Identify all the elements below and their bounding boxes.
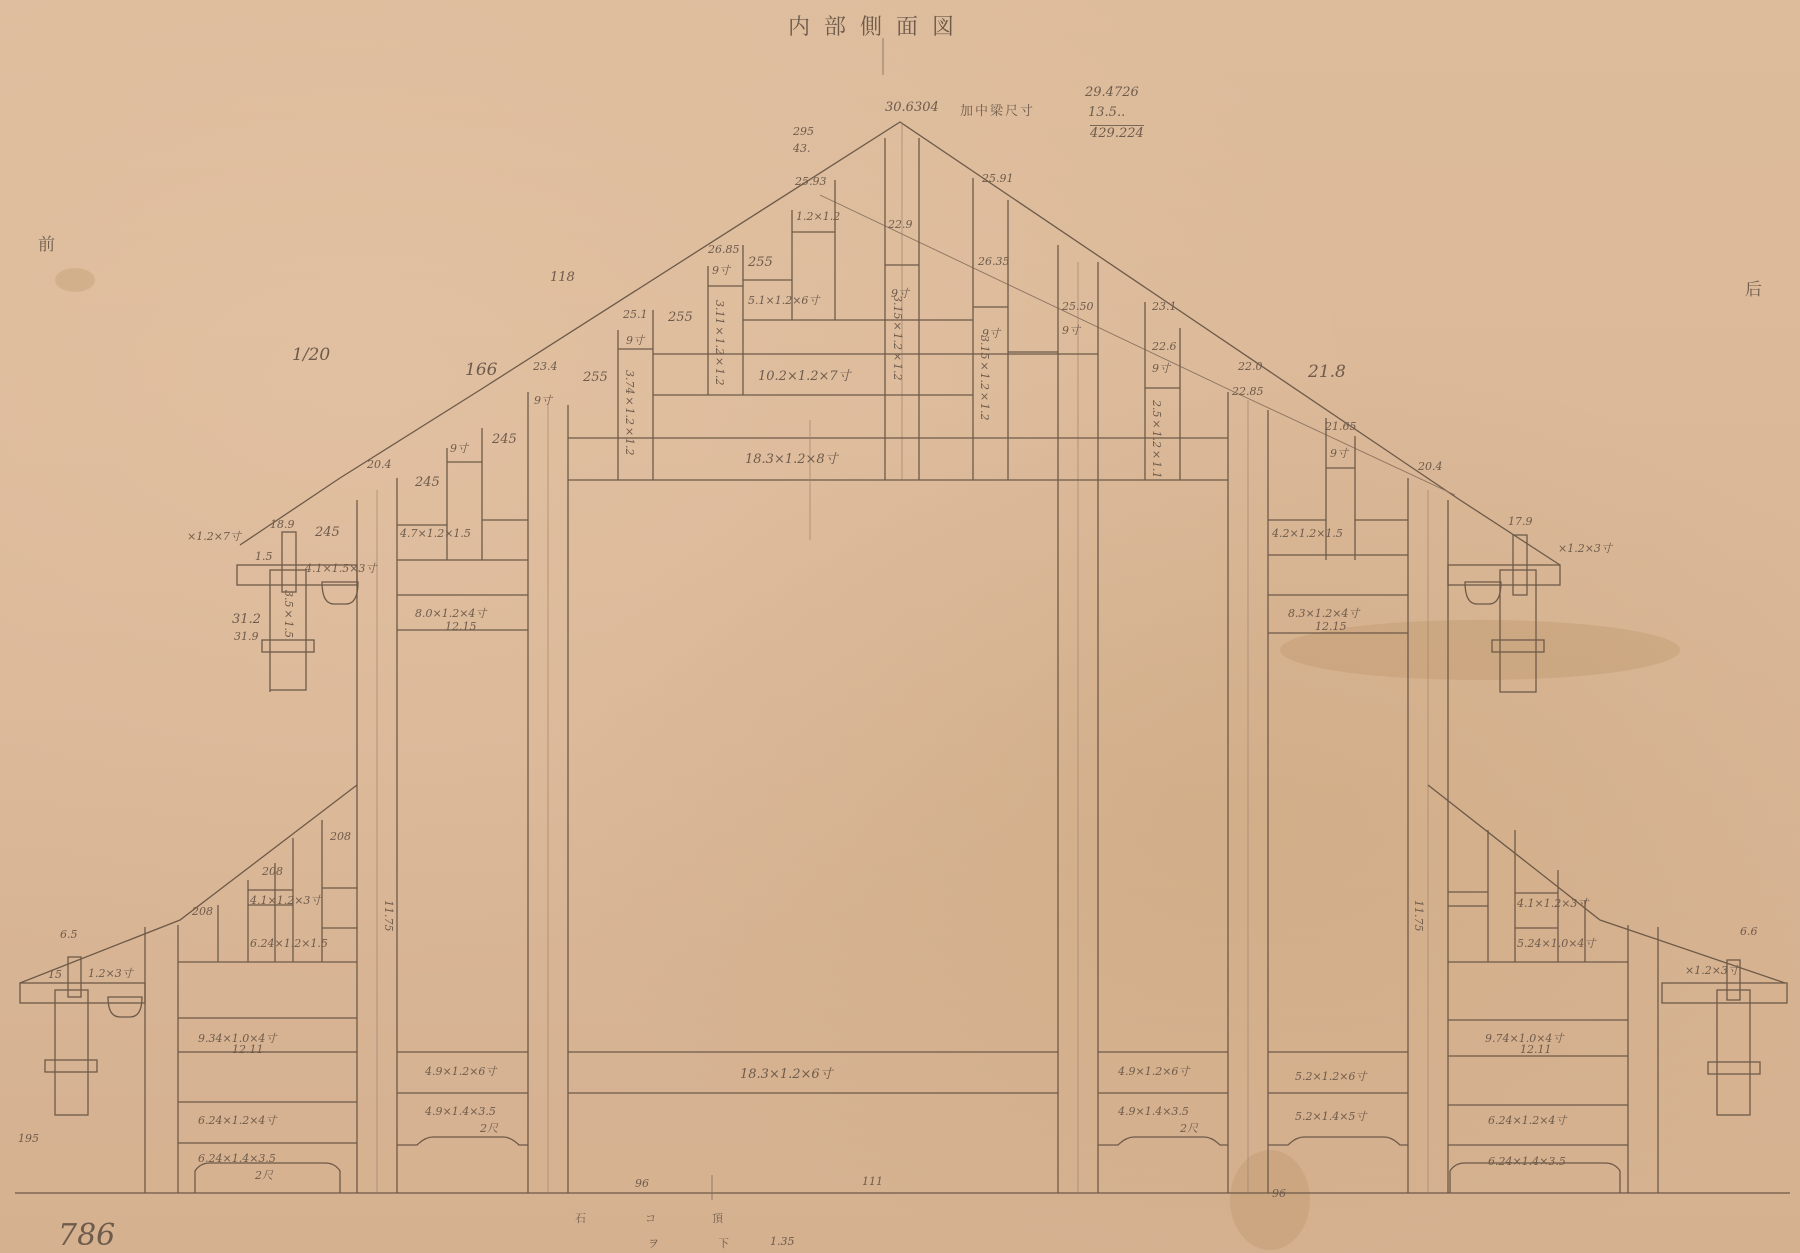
drawing-sheet: .lbl{position:absolute;color:#6e5b4b;fon… bbox=[0, 0, 1800, 1253]
right-mid-beam-dim: 4.2×1.2×1.5 bbox=[1272, 527, 1343, 540]
top-tie-dim: 1.2×1.2 bbox=[796, 210, 840, 223]
ridge-post-dim: 3.15×1.2×1.2 bbox=[891, 295, 904, 380]
footer-dim-right: 96 bbox=[1272, 1187, 1286, 1200]
right-elev-9: 20.4 bbox=[1418, 460, 1443, 473]
ll-eave-note: 1.2×3寸 bbox=[88, 965, 133, 981]
lr-elev-top: 6.6 bbox=[1740, 925, 1758, 938]
ll-beam-5: 6.24×1.4×3.5 bbox=[198, 1152, 276, 1165]
ll-spacing-1: 208 bbox=[262, 865, 283, 878]
footer-note-4: ヲ bbox=[648, 1235, 659, 1251]
ll-beam-4: 6.24×1.2×4寸 bbox=[198, 1112, 276, 1128]
left-slope-label-2: 166 bbox=[465, 360, 497, 380]
lr-beam-5: 6.24×1.4×3.5 bbox=[1488, 1155, 1566, 1168]
right-elev-10: 17.9 bbox=[1508, 515, 1533, 528]
eave-bracket-dim: 4.1×1.5×3寸 bbox=[305, 560, 376, 576]
right-elev-5: 22.6 bbox=[1152, 340, 1177, 353]
right-bay-tie-2: 4.9×1.4×3.5 bbox=[1118, 1105, 1189, 1118]
right-post-top-2: 9寸 bbox=[1062, 322, 1080, 338]
footer-dim-center: 111 bbox=[862, 1175, 883, 1188]
lr-eave-note: ×1.2×3寸 bbox=[1685, 962, 1739, 978]
footer-note-6: 1.35 bbox=[770, 1235, 795, 1248]
ll-column-height: 11.75 bbox=[382, 900, 395, 932]
right-elev-2: 22.9 bbox=[888, 218, 913, 231]
ll-eave-dim: 15 bbox=[48, 968, 62, 981]
lower-left-annex bbox=[20, 785, 357, 1193]
left-bay-tie-1: 4.9×1.2×6寸 bbox=[425, 1063, 496, 1079]
right-elev-1: 26.35 bbox=[978, 255, 1010, 268]
ridge-height: 30.6304 bbox=[885, 100, 939, 115]
right-elev-8: 21.65 bbox=[1325, 420, 1357, 433]
left-spacing-1: 255 bbox=[668, 310, 693, 325]
rear-label: 后 bbox=[1745, 275, 1776, 300]
ridge-left-note-1: 295 bbox=[793, 125, 814, 138]
footer-note-5: 下 bbox=[718, 1235, 729, 1251]
left-post-2-dim: 3.74×1.2×1.2 bbox=[623, 370, 636, 455]
left-side-height-1: 31.2 bbox=[232, 612, 261, 627]
calc-line-2: 13.5.. bbox=[1088, 105, 1125, 120]
left-elev-5: 18.9 bbox=[270, 518, 295, 531]
right-post-1-dim: 3.15×1.2×1.2 bbox=[978, 335, 991, 420]
right-eave-note: ×1.2×3寸 bbox=[1558, 540, 1612, 556]
left-side-height-2: 31.9 bbox=[234, 630, 259, 643]
left-elev-4: 20.4 bbox=[367, 458, 392, 471]
right-post-2-dim: 2.5×1.2×1.1 bbox=[1150, 400, 1163, 478]
lr-beam-4: 6.24×1.2×4寸 bbox=[1488, 1112, 1566, 1128]
left-lower-beam-note: 12.15 bbox=[445, 620, 477, 633]
main-columns bbox=[357, 245, 1448, 1193]
left-post-top-0: 9寸 bbox=[712, 262, 730, 278]
left-post-top-2: 9寸 bbox=[534, 392, 552, 408]
lr-column-height: 11.75 bbox=[1412, 900, 1425, 932]
left-elev-3: 23.4 bbox=[533, 360, 558, 373]
calc-line-1: 29.4726 bbox=[1085, 85, 1139, 100]
left-lower-beam-dim: 8.0×1.2×4寸 bbox=[415, 605, 486, 621]
left-eave-note: ×1.2×7寸 bbox=[187, 528, 241, 544]
right-post-top-3: 9寸 bbox=[1152, 360, 1170, 376]
section-drawing bbox=[0, 0, 1800, 1253]
left-slope-label: 118 bbox=[550, 270, 575, 285]
bottom-ties bbox=[397, 1052, 1408, 1145]
sheet-number: 786 bbox=[58, 1218, 115, 1253]
ll-beam-5-note: 2尺 bbox=[255, 1167, 273, 1183]
left-short-beam-dim: 5.1×1.2×6寸 bbox=[748, 292, 819, 308]
left-elev-2: 25.1 bbox=[623, 308, 648, 321]
lr-beam-1: 4.1×1.2×3寸 bbox=[1517, 895, 1588, 911]
lr-beam-2: 5.24×1.0×4寸 bbox=[1517, 935, 1595, 951]
lr-beam-3-note: 12.11 bbox=[1520, 1043, 1552, 1056]
ll-beam-1: 4.1×1.2×3寸 bbox=[250, 892, 321, 908]
right-bay-note: 2尺 bbox=[1180, 1120, 1198, 1136]
scale-label: 1/20 bbox=[292, 345, 330, 365]
upper-beam-dim: 10.2×1.2×7寸 bbox=[758, 365, 851, 384]
left-eave-dim: 1.5 bbox=[255, 550, 273, 563]
ridge-note: 加中梁尺寸 bbox=[960, 100, 1035, 119]
left-post-top-3: 9寸 bbox=[450, 440, 468, 456]
ll-beam-3-note: 12.11 bbox=[232, 1043, 264, 1056]
drawing-title: 内部側面図 bbox=[788, 10, 968, 41]
eave-column-dim: 3.5×1.5 bbox=[282, 590, 295, 638]
right-elev-7: 22.0 bbox=[1238, 360, 1263, 373]
ridge-left-note-2: 43. bbox=[793, 142, 811, 155]
left-bay-tie-2: 4.9×1.4×3.5 bbox=[425, 1105, 496, 1118]
right-bay-tie-1: 4.9×1.2×6寸 bbox=[1118, 1063, 1189, 1079]
left-spacing-0: 255 bbox=[748, 255, 773, 270]
water-stain bbox=[55, 268, 95, 292]
footer-note-1: 石 bbox=[575, 1210, 586, 1226]
ll-spacing-0: 208 bbox=[192, 905, 213, 918]
right-lower-beam-note: 12.15 bbox=[1315, 620, 1347, 633]
left-bay-note: 2尺 bbox=[480, 1120, 498, 1136]
front-label: 前 bbox=[38, 230, 69, 255]
water-stain bbox=[1230, 1150, 1310, 1250]
ll-elev-top: 6.5 bbox=[60, 928, 78, 941]
upper-left-posts bbox=[618, 180, 835, 480]
left-mid-beam-dim: 4.7×1.2×1.5 bbox=[400, 527, 471, 540]
left-spacing-4: 245 bbox=[415, 475, 440, 490]
left-spacing-2: 255 bbox=[583, 370, 608, 385]
right-elev-6: 22.85 bbox=[1232, 385, 1264, 398]
far-right-tie-1: 5.2×1.2×6寸 bbox=[1295, 1068, 1366, 1084]
footer-note-2: コ bbox=[645, 1210, 656, 1226]
calc-result: 429.224 bbox=[1090, 125, 1144, 141]
left-post-top-1: 9寸 bbox=[626, 332, 644, 348]
ll-beam-2: 6.24×1.2×1.5 bbox=[250, 937, 328, 950]
inner-roof-line bbox=[820, 195, 1455, 495]
right-elev-0: 25.91 bbox=[982, 172, 1014, 185]
left-spacing-5: 245 bbox=[315, 525, 340, 540]
left-spacing-3: 245 bbox=[492, 432, 517, 447]
left-elev-0: 25.93 bbox=[795, 175, 827, 188]
footer-note-3: 頂 bbox=[712, 1210, 723, 1226]
lower-right-annex bbox=[1428, 785, 1787, 1193]
footer-dim-left: 96 bbox=[635, 1177, 649, 1190]
right-post-top-4: 9寸 bbox=[1330, 445, 1348, 461]
right-elev-4: 23.1 bbox=[1152, 300, 1177, 313]
center-tie-dim: 18.3×1.2×6寸 bbox=[740, 1063, 833, 1082]
right-lower-beam-dim: 8.3×1.2×4寸 bbox=[1288, 605, 1359, 621]
left-elev-1: 26.85 bbox=[708, 243, 740, 256]
main-beam-dim: 18.3×1.2×8寸 bbox=[745, 448, 838, 467]
ll-spacing-2: 208 bbox=[330, 830, 351, 843]
right-slope-label: 21.8 bbox=[1308, 362, 1346, 382]
left-post-1-dim: 3.11×1.2×1.2 bbox=[713, 300, 726, 385]
ll-side-dim: 195 bbox=[18, 1132, 39, 1145]
right-elev-3: 25.50 bbox=[1062, 300, 1094, 313]
far-right-tie-2: 5.2×1.4×5寸 bbox=[1295, 1108, 1366, 1124]
